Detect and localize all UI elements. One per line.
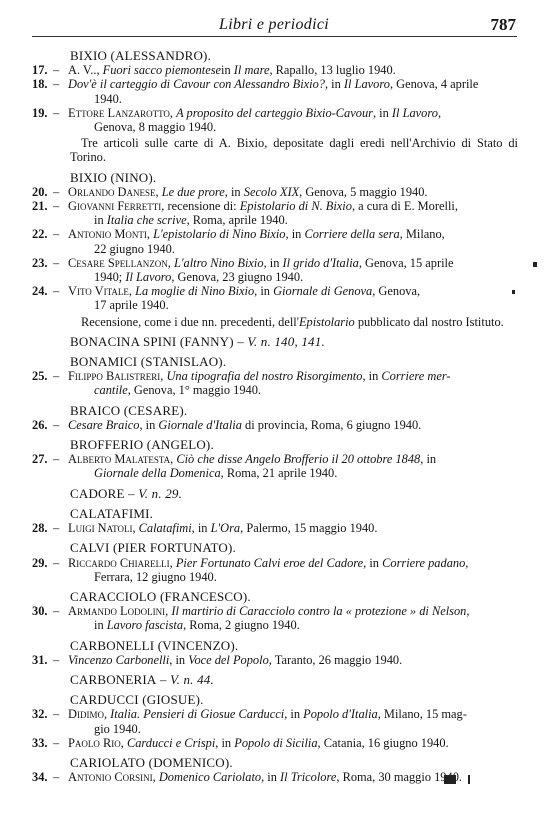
entry-title: Una tipografia del nostro Risorgimento: [166, 369, 362, 383]
entry-text: Paolo Rio, Carducci e Crispi, in Popolo …: [68, 736, 518, 750]
note-italic: Epistolario: [299, 315, 355, 329]
entry-text: Riccardo Chiarelli, Pier Fortunato Calvi…: [68, 556, 518, 570]
entry-dash: –: [53, 521, 59, 535]
entry-details: , Rapallo, 13 luglio 1940.: [269, 63, 395, 77]
entry-title: Carducci e Crispi: [127, 736, 215, 750]
heading-text: BIXIO (ALESSANDRO).: [70, 48, 211, 63]
scan-speck: [533, 262, 537, 267]
heading-text: CALATAFIMI.: [70, 506, 153, 521]
entry-text: Didimo, Italia. Pensieri di Giosue Cardu…: [68, 707, 518, 721]
entry-title: Il martirio di Caracciolo contro la « pr…: [171, 604, 466, 618]
entry-text: Armando Lodolini, Il martirio di Caracci…: [68, 604, 518, 618]
bibliography-entry: 19.–Ettore Lanzarotto, A proposito del c…: [32, 106, 518, 134]
subject-heading: CALVI (PIER FORTUNATO).: [32, 541, 518, 555]
entry-details: Genova, 8 maggio 1940.: [94, 120, 216, 134]
entry-text: Vito Vitale, La moglie di Nino Bixio, in…: [68, 284, 518, 298]
page-number: 787: [491, 15, 517, 35]
entry-periodical: Giornale della Domenica: [94, 466, 221, 480]
entry-dash: –: [53, 256, 59, 270]
entry-author: Luigi Natoli: [68, 521, 132, 535]
subject-heading: CARDUCCI (GIOSUE).: [32, 693, 518, 707]
entry-details: , Roma, aprile 1940.: [187, 213, 288, 227]
subject-heading: BROFFERIO (ANGELO).: [32, 438, 518, 452]
bibliography-body: BIXIO (ALESSANDRO).17.–A. V.., Fuori sac…: [32, 43, 518, 784]
entry-periodical: L'Ora: [211, 521, 241, 535]
entry-dash: –: [53, 418, 59, 432]
bibliography-entry: 22.–Antonio Monti, L'epistolario di Nino…: [32, 227, 518, 255]
entry-author: Armando Lodolini: [68, 604, 165, 618]
entry-text: Alberto Malatesta, Ciò che disse Angelo …: [68, 452, 518, 466]
entry-in: , in: [225, 185, 241, 199]
entry-periodical: cantile: [94, 383, 128, 397]
entry-author: Filippo Balistreri: [68, 369, 160, 383]
entry-periodical: Corriere mer-: [381, 369, 450, 383]
bibliography-entry: 23.–Cesare Spellanzon, L'altro Nino Bixi…: [32, 256, 518, 284]
entry-dash: –: [53, 227, 59, 241]
entry-in: , in: [284, 707, 300, 721]
entry-in: , in: [264, 256, 280, 270]
bibliography-entry: 21.–Giovanni Ferretti, recensione di: Ep…: [32, 199, 518, 227]
scan-speck: [512, 290, 515, 294]
heading-text: BRAICO (CESARE).: [70, 403, 187, 418]
entry-text: Antonio Monti, L'epistolario di Nino Bix…: [68, 227, 518, 241]
section-note: Tre articoli sulle carte di A. Bixio, de…: [32, 136, 518, 164]
entry-continuation: cantile, Genova, 1° maggio 1940.: [68, 383, 518, 397]
entry-continuation: Ferrara, 12 giugno 1940.: [68, 570, 518, 584]
entry-dash: –: [53, 63, 59, 77]
subject-heading: CARIOLATO (DOMENICO).: [32, 756, 518, 770]
cross-reference: – V. n. 140, 141.: [234, 334, 325, 349]
entry-periodical: Secolo XIX: [244, 185, 299, 199]
entry-text: Luigi Natoli, Calatafimi, in L'Ora, Pale…: [68, 521, 518, 535]
entry-periodical: Il Lavoro: [344, 77, 390, 91]
heading-text: BROFFERIO (ANGELO).: [70, 437, 214, 452]
heading-text: CARBONELLI (VINCENZO).: [70, 638, 238, 653]
entry-title: L'epistolario di Nino Bixio: [153, 227, 285, 241]
entry-text: Orlando Danese, Le due prore, in Secolo …: [68, 185, 518, 199]
entry-dash: –: [53, 604, 59, 618]
entry-title: A proposito del carteggio Bixio-Cavour: [176, 106, 373, 120]
scan-mark: [468, 775, 470, 784]
entry-periodical: Il mare: [234, 63, 270, 77]
note-text: pubblicato dal nostro Istituto.: [355, 315, 504, 329]
entry-dash: –: [53, 185, 59, 199]
entry-author: Cesare Spellanzon: [68, 256, 168, 270]
subject-heading: CALATAFIMI.: [32, 507, 518, 521]
entry-details: 17 aprile 1940.: [94, 298, 169, 312]
bibliography-entry: 25.–Filippo Balistreri, Una tipografia d…: [32, 369, 518, 397]
note-text: Recensione, come i due nn. precedenti, d…: [81, 315, 299, 329]
entry-dash: –: [53, 556, 59, 570]
entry-dash: –: [53, 653, 59, 667]
entry-details: , Genova, 4 aprile: [390, 77, 478, 91]
entry-details: , Genova, 1° maggio 1940.: [128, 383, 261, 397]
entry-details: ,: [465, 556, 468, 570]
entry-author: Antonio Monti: [68, 227, 147, 241]
entry-continuation: 17 aprile 1940.: [68, 298, 518, 312]
entry-text: Filippo Balistreri, Una tipografia del n…: [68, 369, 518, 383]
bibliography-entry: 17.–A. V.., Fuori sacco piemontesein Il …: [32, 63, 518, 77]
entry-in: ,: [466, 604, 469, 618]
entry-title: L'altro Nino Bixio: [174, 256, 264, 270]
entry-author: Orlando Danese: [68, 185, 156, 199]
entry-details: , Roma, 21 aprile 1940.: [221, 466, 338, 480]
entry-details: , Genova, 5 maggio 1940.: [299, 185, 427, 199]
heading-text: CALVI (PIER FORTUNATO).: [70, 540, 236, 555]
subject-heading: BONAMICI (STANISLAO).: [32, 355, 518, 369]
subject-heading: BRAICO (CESARE).: [32, 404, 518, 418]
note-text: Tre articoli sulle carte di A. Bixio, de…: [70, 136, 518, 164]
entry-title: Ciò che disse Angelo Brofferio il 20 ott…: [176, 452, 420, 466]
subject-heading: CADORE – V. n. 29.: [32, 487, 518, 501]
heading-text: CARBONERIA: [70, 672, 157, 687]
entry-title: Le due prore: [162, 185, 225, 199]
entry-in: , in: [139, 418, 155, 432]
entry-title: Domenico Cariolato: [159, 770, 261, 784]
heading-text: CARIOLATO (DOMENICO).: [70, 755, 233, 770]
entry-text: Dov'è il carteggio di Cavour con Alessan…: [68, 77, 518, 91]
entry-in: , in: [363, 556, 379, 570]
heading-text: CADORE: [70, 486, 125, 501]
entry-text: Ettore Lanzarotto, A proposito del carte…: [68, 106, 518, 120]
subject-heading: CARACCIOLO (FRANCESCO).: [32, 590, 518, 604]
subject-heading: BIXIO (ALESSANDRO).: [32, 49, 518, 63]
entry-continuation: 22 giugno 1940.: [68, 242, 518, 256]
entry-details: gio 1940.: [94, 722, 141, 736]
entry-in: , in: [192, 521, 208, 535]
entry-text: Vincenzo Carbonelli, in Voce del Popolo,…: [68, 653, 518, 667]
entry-author: Alberto Malatesta: [68, 452, 170, 466]
entry-periodical: Corriere padano: [382, 556, 465, 570]
entry-author: Ettore Lanzarotto: [68, 106, 170, 120]
entry-title: Dov'è il carteggio di Cavour con Alessan…: [68, 77, 325, 91]
entry-text: Cesare Braico, in Giornale d'Italia di p…: [68, 418, 518, 432]
entry-in: , in: [169, 653, 185, 667]
entry-details: , Palermo, 15 maggio 1940.: [240, 521, 377, 535]
entry-in: , in: [254, 284, 270, 298]
entry-periodical: Giornale di Genova: [273, 284, 372, 298]
entry-details: , Taranto, 26 maggio 1940.: [269, 653, 402, 667]
entry-dash: –: [53, 707, 59, 721]
entry-dash: –: [53, 770, 59, 784]
entry-details: , Genova,: [372, 284, 420, 298]
bibliography-entry: 30.–Armando Lodolini, Il martirio di Car…: [32, 604, 518, 632]
entry-author: Riccardo Chiarelli: [68, 556, 170, 570]
entry-title: Italia. Pensieri di Giosue Carducci: [110, 707, 284, 721]
entry-continuation: Genova, 8 maggio 1940.: [68, 120, 518, 134]
heading-text: CARACCIOLO (FRANCESCO).: [70, 589, 251, 604]
entry-periodical: Il Lavoro: [125, 270, 171, 284]
header-rule: [32, 36, 517, 38]
bibliography-entry: 32.–Didimo, Italia. Pensieri di Giosue C…: [32, 707, 518, 735]
entry-in: , in: [325, 77, 341, 91]
entry-continuation: 1940.: [68, 92, 518, 106]
entry-details: Ferrara, 12 giugno 1940.: [94, 570, 217, 584]
heading-text: BONACINA SPINI (FANNY): [70, 334, 234, 349]
entry-dash: –: [53, 106, 59, 120]
entry-author: Paolo Rio: [68, 736, 121, 750]
bibliography-entry: 29.–Riccardo Chiarelli, Pier Fortunato C…: [32, 556, 518, 584]
entry-in: , in: [420, 452, 436, 466]
entry-title: Pier Fortunato Calvi eroe del Cadore: [176, 556, 363, 570]
entry-details: , a cura di E. Morelli,: [352, 199, 458, 213]
entry-title: La moglie di Nino Bixio: [135, 284, 254, 298]
subject-heading: CARBONELLI (VINCENZO).: [32, 639, 518, 653]
subject-heading: CARBONERIA – V. n. 44.: [32, 673, 518, 687]
entry-periodical: Popolo d'Italia: [303, 707, 378, 721]
entry-in: , in: [286, 227, 302, 241]
entry-in: , recensione di:: [161, 199, 236, 213]
entry-in: , in: [215, 736, 231, 750]
entry-dash: –: [53, 369, 59, 383]
entry-title: Fuori sacco piemontese: [103, 63, 221, 77]
bibliography-entry: 28.–Luigi Natoli, Calatafimi, in L'Ora, …: [32, 521, 518, 535]
cross-reference: – V. n. 29.: [125, 486, 182, 501]
entry-details: , Roma, 2 giugno 1940.: [183, 618, 300, 632]
entry-periodical: Il Tricolore: [280, 770, 336, 784]
entry-dash: –: [53, 77, 59, 91]
entry-details: di provincia, Roma, 6 giugno 1940.: [242, 418, 421, 432]
entry-periodical: Popolo di Sicilia: [234, 736, 317, 750]
entry-text: A. V.., Fuori sacco piemontesein Il mare…: [68, 63, 518, 77]
entry-continuation: gio 1940.: [68, 722, 518, 736]
entry-author: Vito Vitale: [68, 284, 129, 298]
entry-periodical: Il grido d'Italia: [283, 256, 359, 270]
entry-continuation-prefix: in: [94, 618, 104, 632]
bibliography-entry: 20.–Orlando Danese, Le due prore, in Sec…: [32, 185, 518, 199]
entry-author: Vincenzo Carbonelli: [68, 653, 169, 667]
scan-mark: [444, 775, 456, 784]
entry-periodical: Epistolario di N. Bixio: [240, 199, 352, 213]
bibliography-entry: 31.–Vincenzo Carbonelli, in Voce del Pop…: [32, 653, 518, 667]
entry-author: Didimo: [68, 707, 104, 721]
entry-continuation: 1940; Il Lavoro, Genova, 23 giugno 1940.: [68, 270, 518, 284]
entry-details: , Genova, 23 giugno 1940.: [171, 270, 303, 284]
section-note: Recensione, come i due nn. precedenti, d…: [32, 315, 518, 329]
entry-author: Giovanni Ferretti: [68, 199, 161, 213]
running-header: Libri e periodici 787: [32, 12, 516, 34]
entry-periodical: Corriere della sera: [304, 227, 399, 241]
heading-text: BONAMICI (STANISLAO).: [70, 354, 226, 369]
entry-in: , in: [373, 106, 389, 120]
subject-heading: BIXIO (NINO).: [32, 171, 518, 185]
entry-author: A. V..: [68, 63, 96, 77]
bibliography-entry: 26.–Cesare Braico, in Giornale d'Italia …: [32, 418, 518, 432]
entry-dash: –: [53, 199, 59, 213]
entry-details: ,: [438, 106, 441, 120]
entry-in: , in: [261, 770, 277, 784]
entry-details: 22 giugno 1940.: [94, 242, 175, 256]
heading-text: BIXIO (NINO).: [70, 170, 156, 185]
entry-continuation-prefix: 1940;: [94, 270, 122, 284]
entry-dash: –: [53, 736, 59, 750]
entry-details: , Milano, 15 mag-: [378, 707, 467, 721]
running-title: Libri e periodici: [32, 16, 516, 34]
entry-dash: –: [53, 452, 59, 466]
bibliography-entry: 33.–Paolo Rio, Carducci e Crispi, in Pop…: [32, 736, 518, 750]
entry-author: Cesare Braico: [68, 418, 139, 432]
entry-in: in: [221, 63, 231, 77]
entry-periodical: Lavoro fascista: [107, 618, 183, 632]
entry-periodical: Il Lavoro: [392, 106, 438, 120]
entry-details: , Genova, 15 aprile: [359, 256, 454, 270]
entry-title: Calatafimi: [139, 521, 192, 535]
entry-continuation: Giornale della Domenica, Roma, 21 aprile…: [68, 466, 518, 480]
entry-author: Antonio Corsini: [68, 770, 153, 784]
bibliography-entry: 18.–Dov'è il carteggio di Cavour con Ale…: [32, 77, 518, 105]
heading-text: CARDUCCI (GIOSUE).: [70, 692, 204, 707]
bibliography-entry: 24.–Vito Vitale, La moglie di Nino Bixio…: [32, 284, 518, 312]
entry-text: Giovanni Ferretti, recensione di: Episto…: [68, 199, 518, 213]
entry-periodical: Voce del Popolo: [188, 653, 269, 667]
subject-heading: BONACINA SPINI (FANNY) – V. n. 140, 141.: [32, 335, 518, 349]
entry-details: , Catania, 16 giugno 1940.: [318, 736, 449, 750]
entry-text: Cesare Spellanzon, L'altro Nino Bixio, i…: [68, 256, 518, 270]
cross-reference: – V. n. 44.: [157, 672, 214, 687]
document-page: Libri e periodici 787 BIXIO (ALESSANDRO)…: [0, 0, 550, 826]
bibliography-entry: 27.–Alberto Malatesta, Ciò che disse Ang…: [32, 452, 518, 480]
entry-periodical: Italia che scrive: [107, 213, 187, 227]
entry-periodical: Giornale d'Italia: [158, 418, 242, 432]
entry-details: 1940.: [94, 92, 122, 106]
entry-details: , Milano,: [400, 227, 445, 241]
entry-continuation: in Italia che scrive, Roma, aprile 1940.: [68, 213, 518, 227]
entry-in: , in: [362, 369, 378, 383]
entry-continuation: in Lavoro fascista, Roma, 2 giugno 1940.: [68, 618, 518, 632]
entry-continuation-prefix: in: [94, 213, 104, 227]
entry-dash: –: [53, 284, 59, 298]
